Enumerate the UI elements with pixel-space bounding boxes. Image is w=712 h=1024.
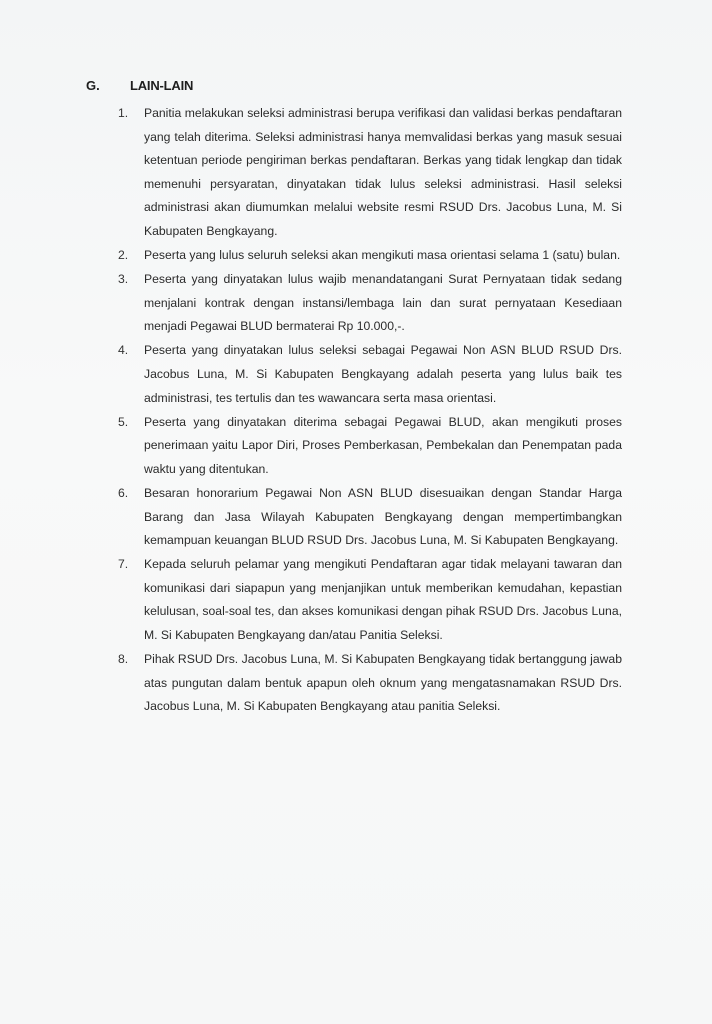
item-number: 8. [118,648,144,719]
list-item: 6. Besaran honorarium Pegawai Non ASN BL… [118,482,622,553]
numbered-list: 1. Panitia melakukan seleksi administras… [118,102,622,719]
item-text: Peserta yang dinyatakan diterima sebagai… [144,411,622,482]
item-text: Panitia melakukan seleksi administrasi b… [144,102,622,244]
item-text: Pihak RSUD Drs. Jacobus Luna, M. Si Kabu… [144,648,622,719]
section-letter: G. [86,78,130,93]
section-title: LAIN-LAIN [130,78,193,93]
list-item: 5. Peserta yang dinyatakan diterima seba… [118,411,622,482]
item-text: Peserta yang dinyatakan lulus wajib mena… [144,268,622,339]
item-number: 7. [118,553,144,647]
item-number: 3. [118,268,144,339]
list-item: 4. Peserta yang dinyatakan lulus seleksi… [118,339,622,410]
item-number: 4. [118,339,144,410]
item-text: Peserta yang dinyatakan lulus seleksi se… [144,339,622,410]
document-page: G. LAIN-LAIN 1. Panitia melakukan seleks… [0,0,712,1024]
item-number: 5. [118,411,144,482]
list-item: 7. Kepada seluruh pelamar yang mengikuti… [118,553,622,647]
item-number: 1. [118,102,144,244]
item-text: Kepada seluruh pelamar yang mengikuti Pe… [144,553,622,647]
item-number: 2. [118,244,144,268]
item-number: 6. [118,482,144,553]
item-text: Peserta yang lulus seluruh seleksi akan … [144,244,622,268]
list-item: 8. Pihak RSUD Drs. Jacobus Luna, M. Si K… [118,648,622,719]
list-item: 3. Peserta yang dinyatakan lulus wajib m… [118,268,622,339]
list-item: 1. Panitia melakukan seleksi administras… [118,102,622,244]
section-heading: G. LAIN-LAIN [86,78,193,93]
item-text: Besaran honorarium Pegawai Non ASN BLUD … [144,482,622,553]
list-item: 2. Peserta yang lulus seluruh seleksi ak… [118,244,622,268]
